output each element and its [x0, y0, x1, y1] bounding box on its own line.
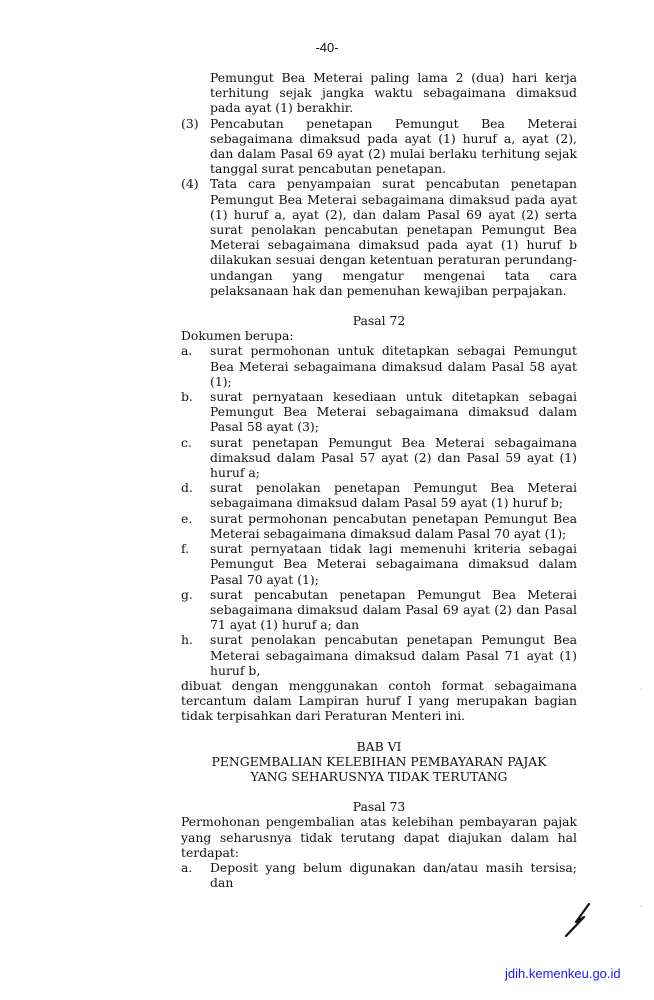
ayat-marker: (4): [181, 176, 210, 298]
item-text: surat pernyataan tidak lagi memenuhi kri…: [210, 541, 577, 587]
page-number: -40-: [0, 40, 654, 55]
item-marker: a.: [181, 860, 210, 890]
pasal-73-intro: Permohonan pengembalian atas kelebihan p…: [181, 814, 577, 860]
ayat-text: Pencabutan penetapan Pemungut Bea Metera…: [210, 116, 577, 177]
pasal-72-item-h: h.surat penolakan pencabutan penetapan P…: [181, 632, 577, 678]
pasal-72-item-f: f.surat pernyataan tidak lagi memenuhi k…: [181, 541, 577, 587]
pasal-73-title: Pasal 73: [181, 799, 577, 814]
pasal-72-closing: dibuat dengan menggunakan contoh format …: [181, 678, 577, 724]
pasal-72-item-a: a.surat permohonan untuk ditetapkan seba…: [181, 343, 577, 389]
item-marker: e.: [181, 511, 210, 541]
item-text: Deposit yang belum digunakan dan/atau ma…: [210, 860, 577, 890]
ayat-4: (4) Tata cara penyampaian surat pencabut…: [181, 176, 577, 298]
item-marker: g.: [181, 587, 210, 633]
ayat-3: (3) Pencabutan penetapan Pemungut Bea Me…: [181, 116, 577, 177]
ayat-text: Tata cara penyampaian surat pencabutan p…: [210, 176, 577, 298]
pasal-72-item-g: g.surat pencabutan penetapan Pemungut Be…: [181, 587, 577, 633]
document-body: Pemungut Bea Meterai paling lama 2 (dua)…: [181, 70, 577, 890]
pasal-72-title: Pasal 72: [181, 313, 577, 328]
item-text: surat permohonan pencabutan penetapan Pe…: [210, 511, 577, 541]
item-text: surat pernyataan kesediaan untuk ditetap…: [210, 389, 577, 435]
item-marker: f.: [181, 541, 210, 587]
pasal-72-intro: Dokumen berupa:: [181, 328, 577, 343]
scan-speck: [640, 688, 642, 690]
item-marker: h.: [181, 632, 210, 678]
pasal-72-item-b: b.surat pernyataan kesediaan untuk ditet…: [181, 389, 577, 435]
item-marker: c.: [181, 435, 210, 481]
pasal-72-item-d: d.surat penolakan penetapan Pemungut Bea…: [181, 480, 577, 510]
bab-title-line1: PENGEMBALIAN KELEBIHAN PEMBAYARAN PAJAK: [181, 754, 577, 769]
pasal-72-item-c: c.surat penetapan Pemungut Bea Meterai s…: [181, 435, 577, 481]
item-marker: a.: [181, 343, 210, 389]
bab-title-line2: YANG SEHARUSNYA TIDAK TERUTANG: [181, 769, 577, 784]
paragraph-continuation: Pemungut Bea Meterai paling lama 2 (dua)…: [181, 70, 577, 116]
item-text: surat penolakan penetapan Pemungut Bea M…: [210, 480, 577, 510]
pasal-72-item-e: e.surat permohonan pencabutan penetapan …: [181, 511, 577, 541]
item-text: surat penolakan pencabutan penetapan Pem…: [210, 632, 577, 678]
item-text: surat penetapan Pemungut Bea Meterai seb…: [210, 435, 577, 481]
item-text: surat pencabutan penetapan Pemungut Bea …: [210, 587, 577, 633]
item-marker: d.: [181, 480, 210, 510]
item-text: surat permohonan untuk ditetapkan sebaga…: [210, 343, 577, 389]
ayat-marker: (3): [181, 116, 210, 177]
item-marker: b.: [181, 389, 210, 435]
pasal-73-item-a: a. Deposit yang belum digunakan dan/atau…: [181, 860, 577, 890]
pasal-72-list: a.surat permohonan untuk ditetapkan seba…: [181, 343, 577, 677]
scan-speck: [640, 905, 642, 907]
bab-number: BAB VI: [181, 739, 577, 754]
paraf-signature-icon: [562, 902, 594, 938]
jdih-link[interactable]: jdih.kemenkeu.go.id: [505, 966, 621, 981]
